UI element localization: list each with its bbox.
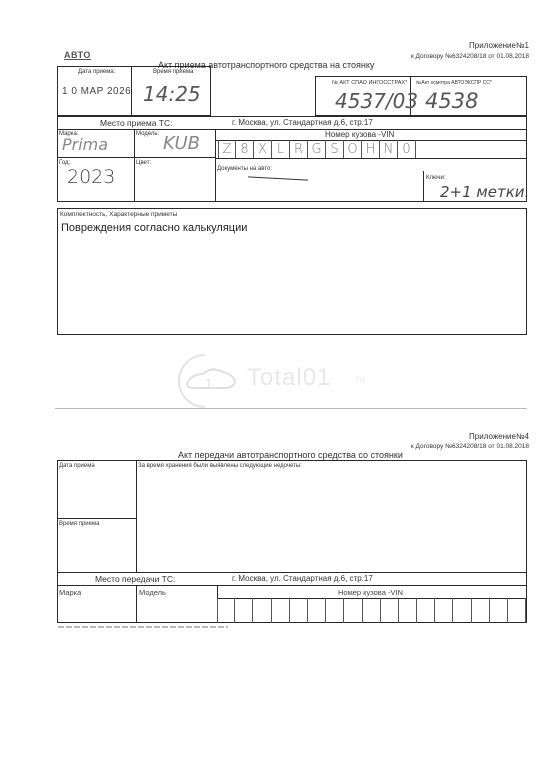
time-label: Время приема xyxy=(153,69,193,75)
model-label: Модель: xyxy=(136,131,159,137)
vin-cell xyxy=(435,598,453,623)
handover-vin-label: Номер кузова -VIN xyxy=(338,588,403,597)
equipment-value: Повреждения согласно калькуляции xyxy=(61,222,247,234)
act2-label: №Акт осмотра АВТОЭКСПР СС* xyxy=(416,80,492,86)
documents-label: Документы на авто: xyxy=(217,166,272,172)
vin-cell xyxy=(308,598,326,623)
defects-label: За время хранения были выявлены следующи… xyxy=(138,463,302,469)
vin-cell xyxy=(326,598,344,623)
vin-cell xyxy=(344,598,362,623)
vin-cell xyxy=(472,598,490,623)
vin-cell: G xyxy=(308,140,326,158)
color-label: Цвет: xyxy=(136,160,151,166)
act1-value: 4537/03 xyxy=(335,89,418,113)
vin-cell: L xyxy=(272,140,290,158)
vin-cell xyxy=(363,598,381,623)
vin-cell: Z xyxy=(218,140,236,158)
vin-cell: X xyxy=(254,140,272,158)
handover-place-label: Место передачи ТС: xyxy=(95,574,175,584)
handover-place-value: г. Москва, ул. Стандартная д.6, стр.17 xyxy=(232,574,373,583)
vin-cell: R xyxy=(290,140,308,158)
svg-text:1: 1 xyxy=(205,377,213,391)
footnote xyxy=(58,626,228,628)
date-stamp: 1 0 MAP 2026 xyxy=(62,86,131,97)
time-value: 14:25 xyxy=(143,82,201,106)
watermark-text: Total01 xyxy=(247,364,331,392)
keys-label: Ключи: xyxy=(426,175,446,181)
handover-date-label: Дата приема xyxy=(59,463,95,469)
vin-cell: S xyxy=(326,140,344,158)
handover-vin-cells xyxy=(217,598,526,623)
vin-cell: O xyxy=(344,140,362,158)
car-logo-icon: 1 xyxy=(175,350,245,410)
contract-reference: к Договору №6324208/18 от 01.08.2018 xyxy=(411,53,529,60)
bottom-form-title: Акт передачи автотранспортного средства … xyxy=(178,450,403,460)
appendix-number: Приложение№1 xyxy=(469,41,529,50)
vin-cell xyxy=(217,598,235,623)
place-label: Место приема ТС: xyxy=(100,118,172,128)
vin-cell: H xyxy=(362,140,380,158)
vin-cell: N xyxy=(380,140,398,158)
vin-cell xyxy=(399,598,417,623)
vin-cell xyxy=(253,598,271,623)
vin-cell xyxy=(453,598,471,623)
act2-value: 4538 xyxy=(425,89,478,113)
model-value: KUB xyxy=(163,133,200,154)
handover-brand-label: Марка xyxy=(59,588,81,597)
vin-cell xyxy=(235,598,253,623)
place-value: г. Москва, ул. Стандартная д.6, стр.17 xyxy=(232,118,373,127)
year-value: 2023 xyxy=(67,166,115,188)
handover-time-label: Время приема xyxy=(59,521,99,527)
vin-cell: 8 xyxy=(236,140,254,158)
vin-cell xyxy=(290,598,308,623)
company-logo: АВТО xyxy=(64,50,91,60)
equipment-label: Комплектность, Характерные приметы xyxy=(60,211,177,218)
brand-value: Prima xyxy=(62,135,108,154)
contract-reference-bottom: к Договору №6324208/18 от 01.08.2018 xyxy=(411,443,529,450)
vin-cell xyxy=(508,598,526,623)
vin-label: Номер кузова -VIN xyxy=(325,130,394,139)
vin-cell xyxy=(381,598,399,623)
vin-cell xyxy=(490,598,508,623)
act1-label: № АКТ СПАО ИНГОССТРАХ* xyxy=(332,80,407,86)
handover-model-label: Модель xyxy=(139,588,166,597)
vin-cell xyxy=(417,598,435,623)
vin-cells: Z8XLRGSOHN0 xyxy=(218,140,416,158)
watermark-suffix: .ru xyxy=(353,374,365,385)
appendix-number-4: Приложение№4 xyxy=(469,432,529,441)
date-label: Дата приема: xyxy=(78,69,115,75)
vin-cell: 0 xyxy=(398,140,416,158)
vin-cell xyxy=(272,598,290,623)
keys-value: 2+1 метки. xyxy=(440,183,529,201)
